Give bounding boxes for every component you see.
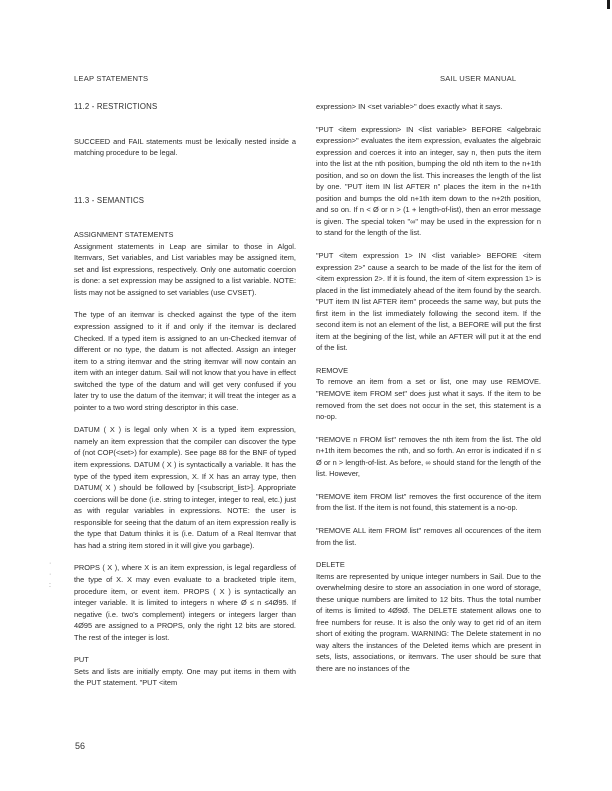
remove-n-paragraph: "REMOVE n FROM list" removes the nth ite… <box>316 434 541 480</box>
remove-paragraph: To remove an item from a set or list, on… <box>316 376 541 422</box>
put-paragraph: Sets and lists are initially empty. One … <box>74 666 296 689</box>
remove-all-paragraph: "REMOVE ALL item FROM list" removes all … <box>316 525 541 548</box>
put-continued-paragraph: expression> IN <set variable>" does exac… <box>316 101 541 113</box>
subhead-remove: REMOVE <box>316 365 541 377</box>
scan-margin-specks: ··: <box>49 558 51 591</box>
put-item-paragraph: "PUT <item expression 1> IN <list variab… <box>316 250 541 354</box>
remove-item-paragraph: "REMOVE item FROM list" removes the firs… <box>316 491 541 514</box>
running-head-left: LEAP STATEMENTS <box>74 74 148 83</box>
left-column: 11.2 - RESTRICTIONS SUCCEED and FAIL sta… <box>74 101 296 689</box>
scan-corner-mark <box>607 0 610 9</box>
delete-paragraph: Items are represented by unique integer … <box>316 571 541 675</box>
itemvar-type-paragraph: The type of an itemvar is checked agains… <box>74 309 296 413</box>
subhead-put: PUT <box>74 654 296 666</box>
section-title-semantics: 11.3 - SEMANTICS <box>74 195 296 207</box>
datum-paragraph: DATUM ( X ) is legal only when X is a ty… <box>74 424 296 551</box>
subhead-delete: DELETE <box>316 559 541 571</box>
right-column: expression> IN <set variable>" does exac… <box>316 101 541 675</box>
restrictions-paragraph: SUCCEED and FAIL statements must be lexi… <box>74 136 296 159</box>
props-paragraph: PROPS ( X ), where X is an item expressi… <box>74 562 296 643</box>
section-title-restrictions: 11.2 - RESTRICTIONS <box>74 101 296 113</box>
put-before-paragraph: "PUT <item expression> IN <list variable… <box>316 124 541 239</box>
page-number: 56 <box>75 741 85 751</box>
assignment-paragraph: Assignment statements in Leap are simila… <box>74 241 296 299</box>
subhead-assignment-statements: ASSIGNMENT STATEMENTS <box>74 229 296 241</box>
running-head-right: SAIL USER MANUAL <box>440 74 516 83</box>
